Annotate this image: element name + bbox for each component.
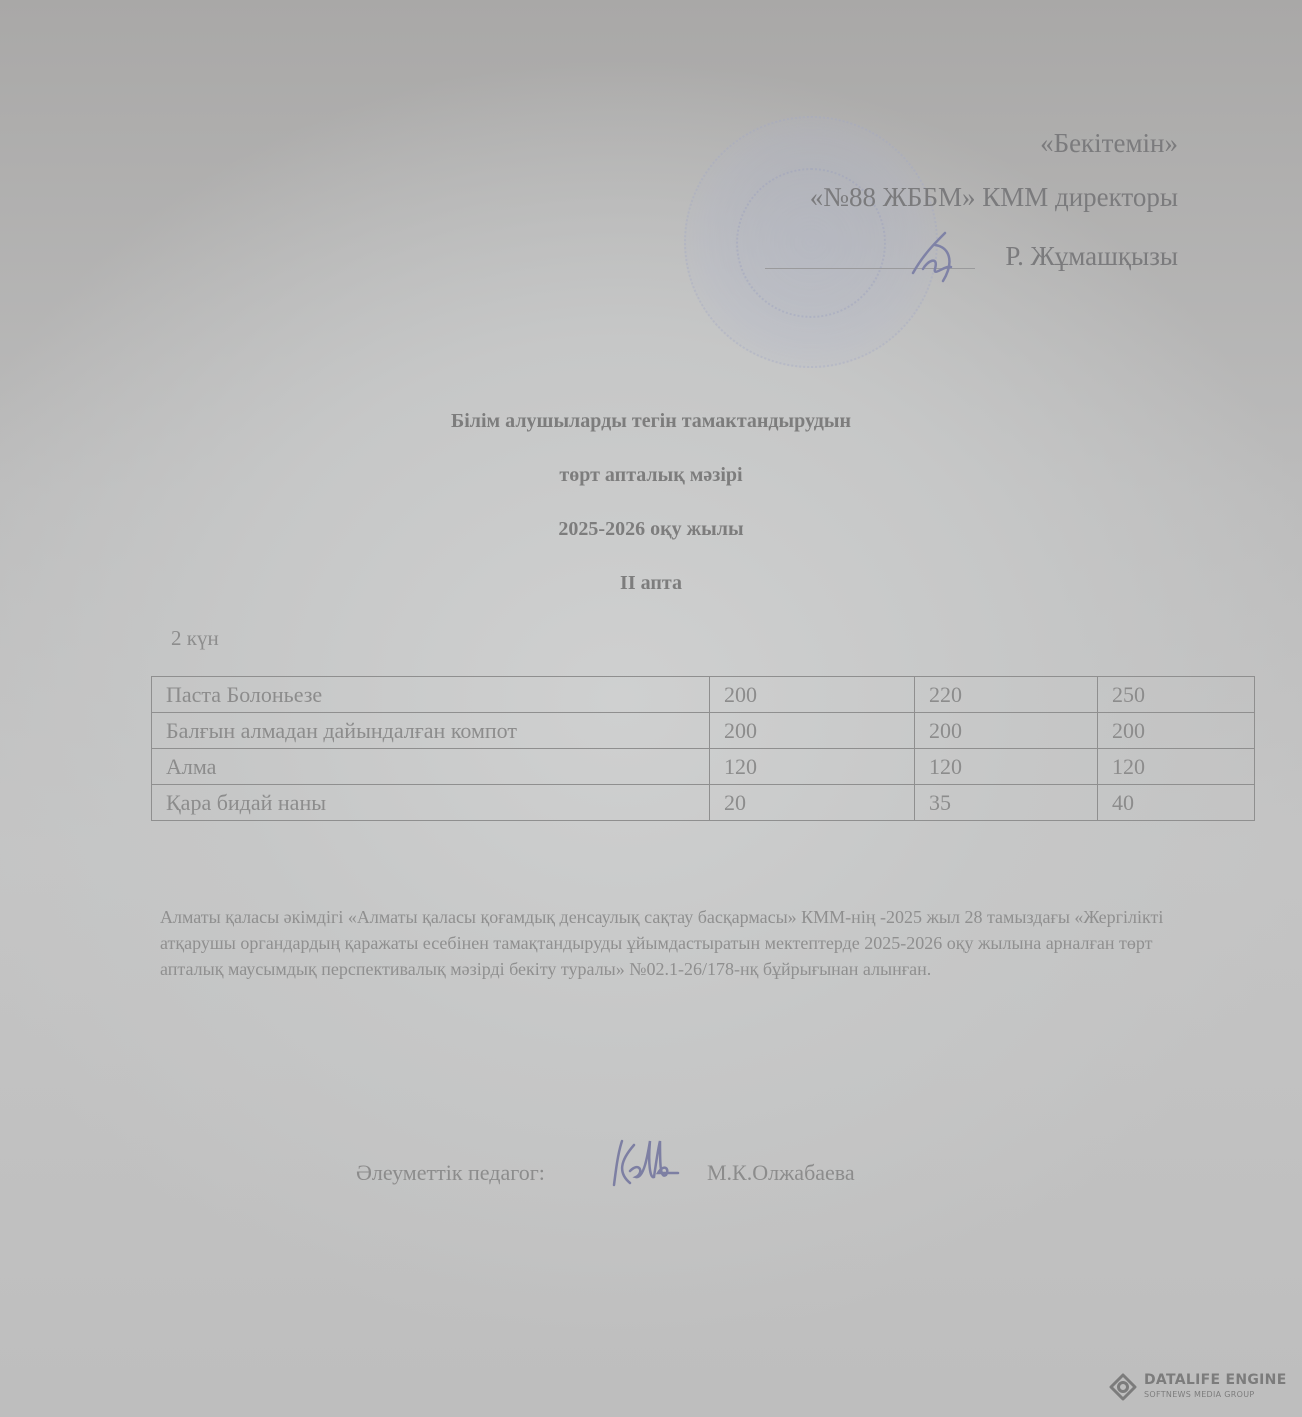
document-title-line4: II апта: [0, 572, 1302, 595]
portion-cell: 200: [710, 677, 915, 713]
document-title-line2: төрт апталық мәзірі: [0, 464, 1302, 487]
portion-cell: 20: [710, 785, 915, 821]
portion-cell: 120: [710, 749, 915, 785]
table-row: Қара бидай наны203540: [152, 785, 1255, 821]
dish-cell: Балғын алмадан дайындалған компот: [152, 713, 710, 749]
portion-cell: 200: [915, 713, 1098, 749]
dish-cell: Алма: [152, 749, 710, 785]
round-seal-stamp-icon: [684, 116, 938, 368]
approval-position: «№88 ЖББМ» КММ директоры: [810, 184, 1178, 211]
portion-cell: 35: [915, 785, 1098, 821]
portion-cell: 250: [1098, 677, 1255, 713]
table-row: Балғын алмадан дайындалған компот2002002…: [152, 713, 1255, 749]
datalife-logo-icon: [1108, 1372, 1138, 1402]
portion-cell: 200: [710, 713, 915, 749]
source-note: Алматы қаласы әкімдігі «Алматы қаласы қо…: [160, 904, 1200, 982]
watermark-title: DATALIFE ENGINE: [1144, 1372, 1287, 1388]
dish-cell: Қара бидай наны: [152, 785, 710, 821]
document-title-line3: 2025-2026 оқу жылы: [0, 518, 1302, 541]
portion-cell: 120: [915, 749, 1098, 785]
portion-cell: 220: [915, 677, 1098, 713]
portion-cell: 200: [1098, 713, 1255, 749]
pedagog-signature-icon: [604, 1133, 684, 1193]
signoff-role: Әлеуметтік педагог:: [356, 1160, 545, 1186]
table-row: Паста Болоньезе200220250: [152, 677, 1255, 713]
watermark-subtitle: SOFTNEWS MEDIA GROUP: [1144, 1390, 1255, 1399]
approval-heading: «Бекітемін»: [1040, 130, 1178, 157]
approval-name: Р. Жұмашқызы: [1005, 243, 1178, 270]
menu-table: Паста Болоньезе200220250Балғын алмадан д…: [151, 676, 1255, 821]
document-title-line1: Білім алушыларды тегін тамактандырудын: [0, 410, 1302, 433]
director-signature-icon: [905, 225, 965, 285]
portion-cell: 120: [1098, 749, 1255, 785]
signoff-name: М.К.Олжабаева: [707, 1160, 855, 1186]
dish-cell: Паста Болоньезе: [152, 677, 710, 713]
portion-cell: 40: [1098, 785, 1255, 821]
table-row: Алма120120120: [152, 749, 1255, 785]
day-label: 2 күн: [171, 626, 219, 651]
